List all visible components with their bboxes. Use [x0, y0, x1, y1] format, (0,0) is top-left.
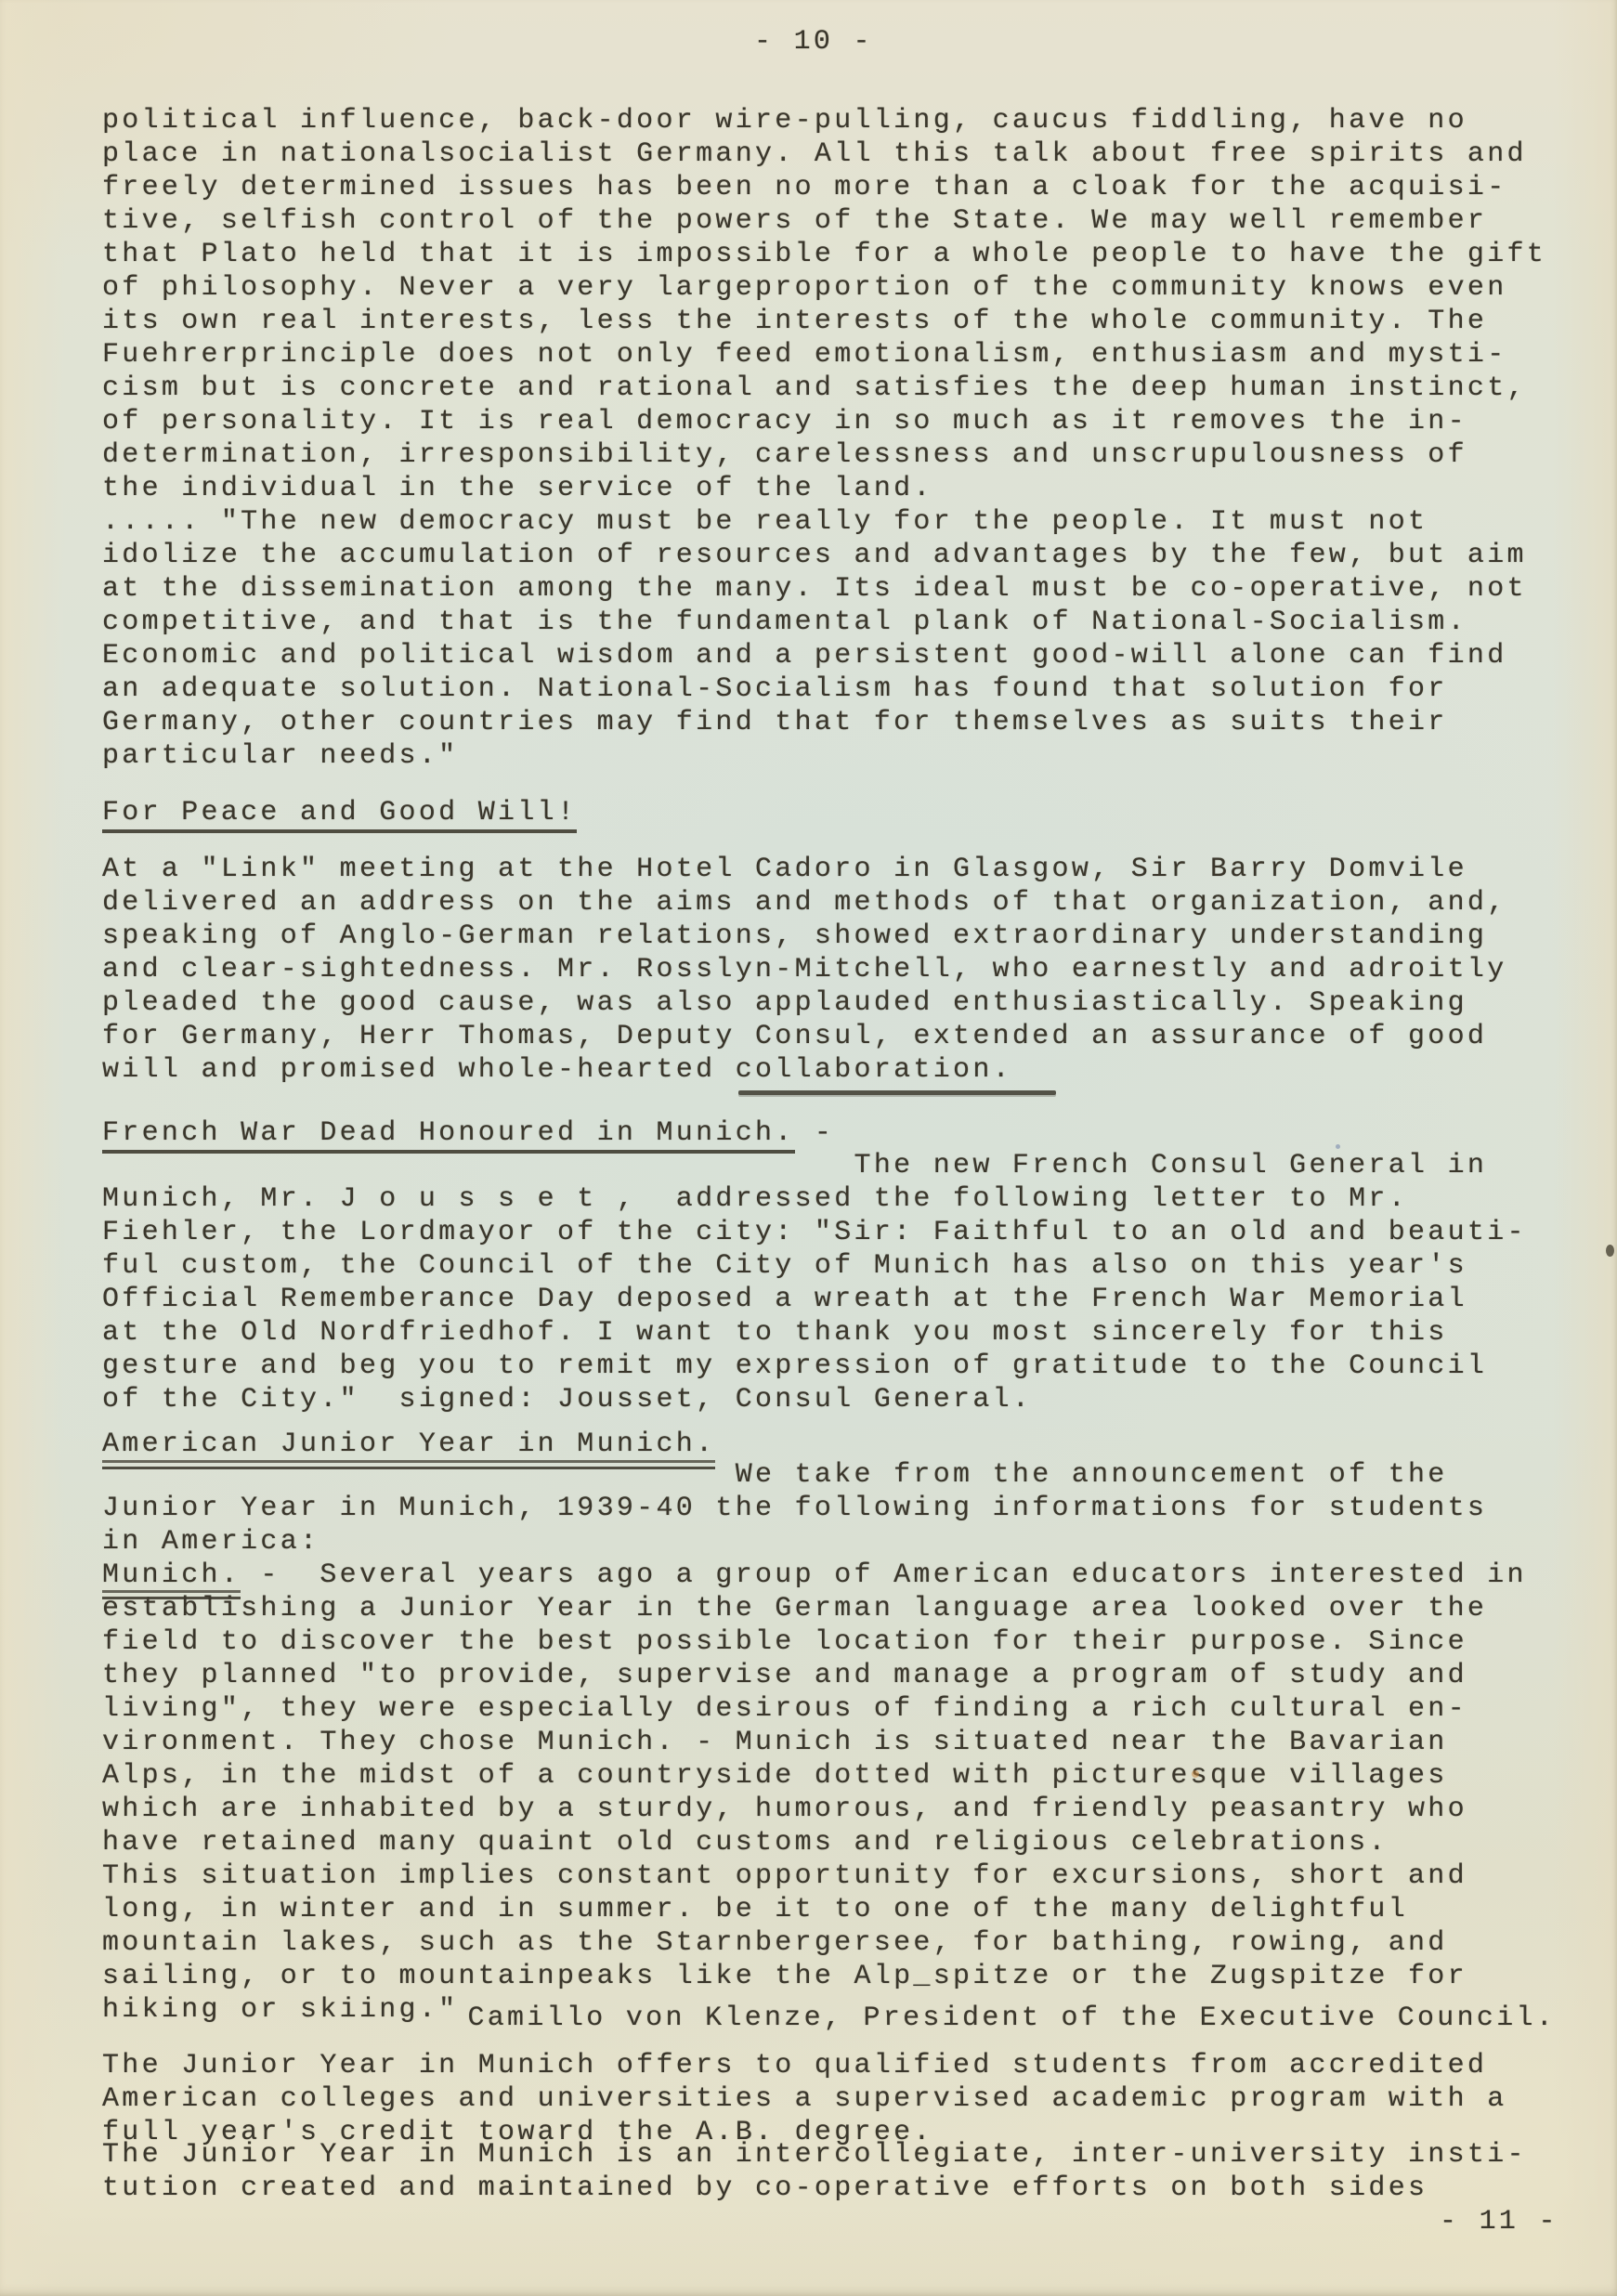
- heading-for-peace-and-good-will: For Peace and Good Will!: [102, 796, 577, 833]
- paper-speck: [1192, 1770, 1199, 1778]
- heading-for-peace-text: For Peace and Good Will!: [102, 796, 577, 833]
- paragraph-munich-description: Munich. - Several years ago a group of A…: [102, 1559, 1556, 2027]
- paragraph-junior-year-intro: We take from the announcement of the Jun…: [102, 1458, 1487, 1559]
- paragraph-jousset-letter: The new French Consul General in Munich,…: [102, 1149, 1527, 1416]
- page-number-bottom: - 11 -: [1440, 2205, 1558, 2238]
- paragraph-link-meeting: At a "Link" meeting at the Hotel Cadoro …: [102, 853, 1507, 1087]
- paragraph-junior-year-offers: The Junior Year in Munich offers to qual…: [102, 2049, 1507, 2149]
- page-number-top: - 10 -: [754, 25, 873, 59]
- paper-speck: [1336, 1144, 1340, 1149]
- section-divider-line: [738, 1090, 1056, 1095]
- skiing-line-text: hiking or skiing.": [102, 1994, 458, 2026]
- munich-first-line-rest: - Several years ago a group of American …: [241, 1559, 1527, 1591]
- paragraph-junior-year-institution: The Junior Year in Munich is an intercol…: [102, 2138, 1527, 2205]
- munich-first-line: Munich. - Several years ago a group of A…: [102, 1559, 1556, 1592]
- heading-french-war-dead-text: French War Dead Honoured in Munich.: [102, 1116, 795, 1154]
- munich-body-lines: establishing a Junior Year in the German…: [102, 1592, 1556, 1993]
- heading-french-war-dead-dash: -: [795, 1117, 835, 1149]
- paper-speck: [1606, 1245, 1614, 1257]
- attribution-camillo-von-klenze: Camillo von Klenze, President of the Exe…: [467, 2002, 1556, 2034]
- paragraph-national-socialism: political influence, back-door wire-pull…: [102, 104, 1546, 773]
- scanned-page: - 10 - political influence, back-door wi…: [0, 0, 1617, 2296]
- skiing-attribution-line: hiking or skiing."Camillo von Klenze, Pr…: [102, 1993, 1556, 2027]
- heading-french-war-dead: French War Dead Honoured in Munich. -: [102, 1116, 834, 1154]
